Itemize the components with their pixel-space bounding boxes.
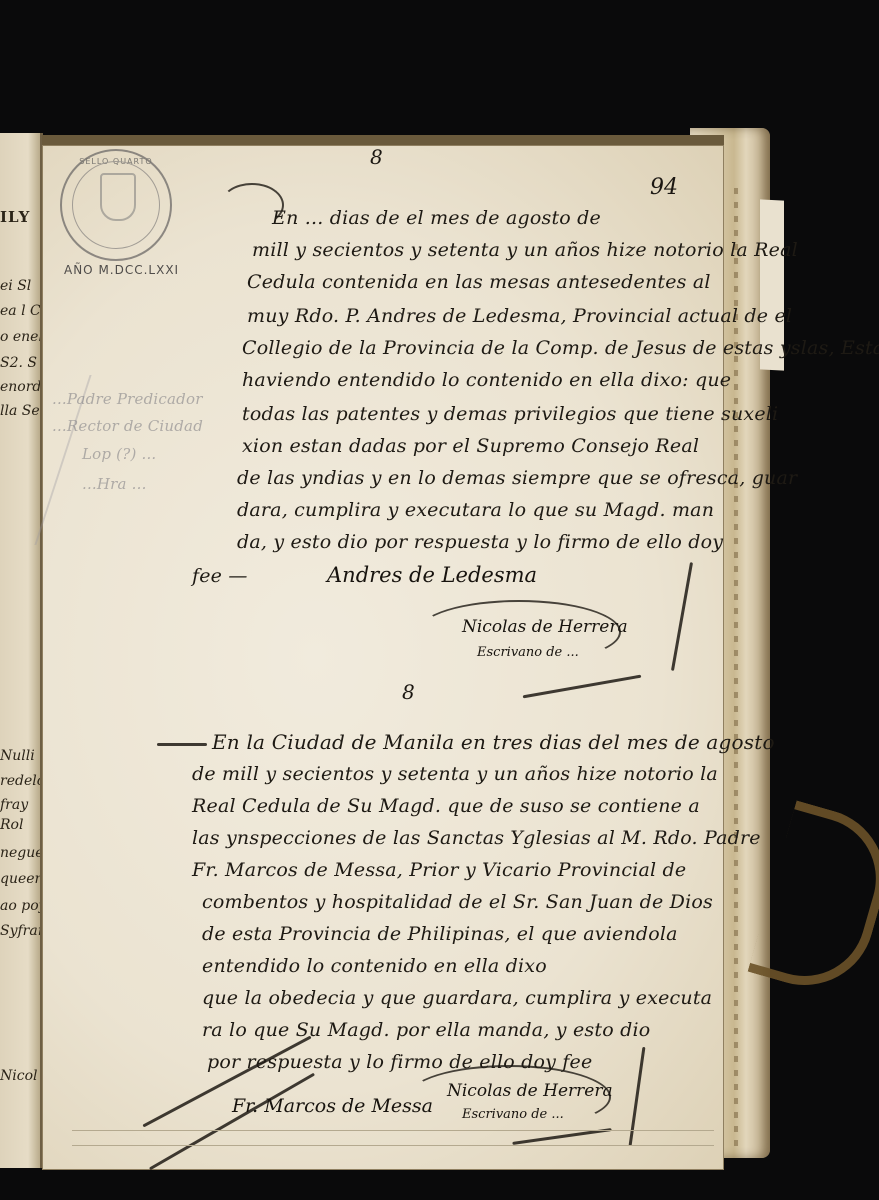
entry1-line: xion estan dadas por el Supremo Consejo … xyxy=(242,435,699,457)
manuscript-page: SELLO QUARTO AÑO M.DCC.LXXI 94 8 ...Padr… xyxy=(42,135,724,1170)
folio-number: 94 xyxy=(650,175,678,200)
entry2-line: Real Cedula de Su Magd. que de suso se c… xyxy=(192,795,700,817)
entry2-line: Fr. Marcos de Messa, Prior y Vicario Pro… xyxy=(192,859,686,881)
entry1-line: Cedula contenida en las mesas antesedent… xyxy=(247,271,711,293)
faint-marginal-note: Lop (?) ... xyxy=(82,445,156,463)
faint-marginal-note: ...Rector de Ciudad xyxy=(52,417,203,435)
entry2-line: de esta Provincia de Philipinas, el que … xyxy=(202,923,678,945)
left-page-fragment: Rol xyxy=(0,817,40,833)
entry1-line: dara, cumplira y executara lo que su Mag… xyxy=(237,499,714,521)
seal-year-stamp: AÑO M.DCC.LXXI xyxy=(64,263,179,277)
left-page-fragment: Nicol xyxy=(0,1068,40,1084)
signature-title: Escrivano de ... xyxy=(477,645,579,660)
royal-crest-icon xyxy=(100,173,136,221)
entry1-line: fee — xyxy=(192,565,248,587)
faint-marginal-note: ...Padre Predicador xyxy=(52,390,203,408)
manuscript-photograph: ILY ei Sl ea l Ce o enell S2. S enordy l… xyxy=(0,0,879,1200)
signature-nicolas-de-herrera: Nicolas de Herrera xyxy=(462,617,628,637)
pen-flourish-stroke xyxy=(149,1073,315,1171)
left-page-fragment: S2. S xyxy=(0,355,40,371)
entry2-line: combentos y hospitalidad de el Sr. San J… xyxy=(202,891,713,913)
entry1-line: da, y esto dio por respuesta y lo firmo … xyxy=(237,531,723,553)
entry2-line: entendido lo contenido en ella dixo xyxy=(202,955,547,977)
left-page-fragment: ILY xyxy=(0,208,40,226)
left-page-fragment: enordy xyxy=(0,379,40,395)
entry1-line: Collegio de la Provincia de la Comp. de … xyxy=(242,337,879,359)
left-page-fragment: ei Sl xyxy=(0,278,40,294)
left-page-fragment: lla Sem xyxy=(0,403,40,419)
signature-title: Escrivano de ... xyxy=(462,1107,564,1122)
left-page-fragment: ao poy xyxy=(0,898,40,914)
line-lead-stroke xyxy=(157,743,207,746)
signature-underline xyxy=(523,675,642,699)
signature-nicolas-de-herrera: Nicolas de Herrera xyxy=(447,1081,613,1101)
section-mark: 8 xyxy=(370,145,383,169)
entry1-line: todas las patentes y demas privilegios q… xyxy=(242,403,778,425)
page-bottom-rule xyxy=(72,1145,714,1146)
entry1-line: muy Rdo. P. Andres de Ledesma, Provincia… xyxy=(247,305,792,327)
entry1-line: mill y secientos y setenta y un años hiz… xyxy=(252,239,798,261)
entry2-line: que la obedecia y que guardara, cumplira… xyxy=(202,987,712,1009)
rubric-stroke xyxy=(671,562,693,671)
left-page-fragment: Nulli xyxy=(0,748,40,764)
rubric-stroke xyxy=(629,1047,646,1146)
entry1-line: haviendo entendido lo contenido en ella … xyxy=(242,369,731,391)
left-page-fragment: queer xyxy=(0,871,40,887)
entry2-line: En la Ciudad de Manila en tres dias del … xyxy=(212,730,775,754)
entry2-line: de mill y secientos y setenta y un años … xyxy=(192,763,718,785)
left-page-fragment: fray xyxy=(0,797,40,813)
left-facing-page: ILY ei Sl ea l Ce o enell S2. S enordy l… xyxy=(0,133,43,1168)
seal-ring-text: SELLO QUARTO xyxy=(62,157,170,166)
section-mark: 8 xyxy=(402,680,415,704)
left-page-fragment: ea l Ce xyxy=(0,303,40,319)
left-page-fragment: o enell xyxy=(0,329,40,345)
stamp-seal-icon: SELLO QUARTO xyxy=(60,149,172,261)
entry1-line: de las yndias y en lo demas siempre que … xyxy=(237,467,797,489)
entry2-line: ra lo que Su Magd. por ella manda, y est… xyxy=(202,1019,650,1041)
signature-marcos-de-messa: Fr. Marcos de Messa xyxy=(232,1095,433,1117)
entry1-line: En ... dias de el mes de agosto de xyxy=(272,207,601,229)
entry2-line: las ynspecciones de las Sanctas Yglesias… xyxy=(192,827,761,849)
faint-marginal-note: ...Hra ... xyxy=(82,475,147,493)
page-bottom-rule xyxy=(72,1130,714,1131)
left-page-fragment: neguer xyxy=(0,845,40,861)
signature-andres-de-ledesma: Andres de Ledesma xyxy=(327,563,537,587)
left-page-fragment: redelo xyxy=(0,773,40,789)
left-page-fragment: Syfrar xyxy=(0,923,40,939)
